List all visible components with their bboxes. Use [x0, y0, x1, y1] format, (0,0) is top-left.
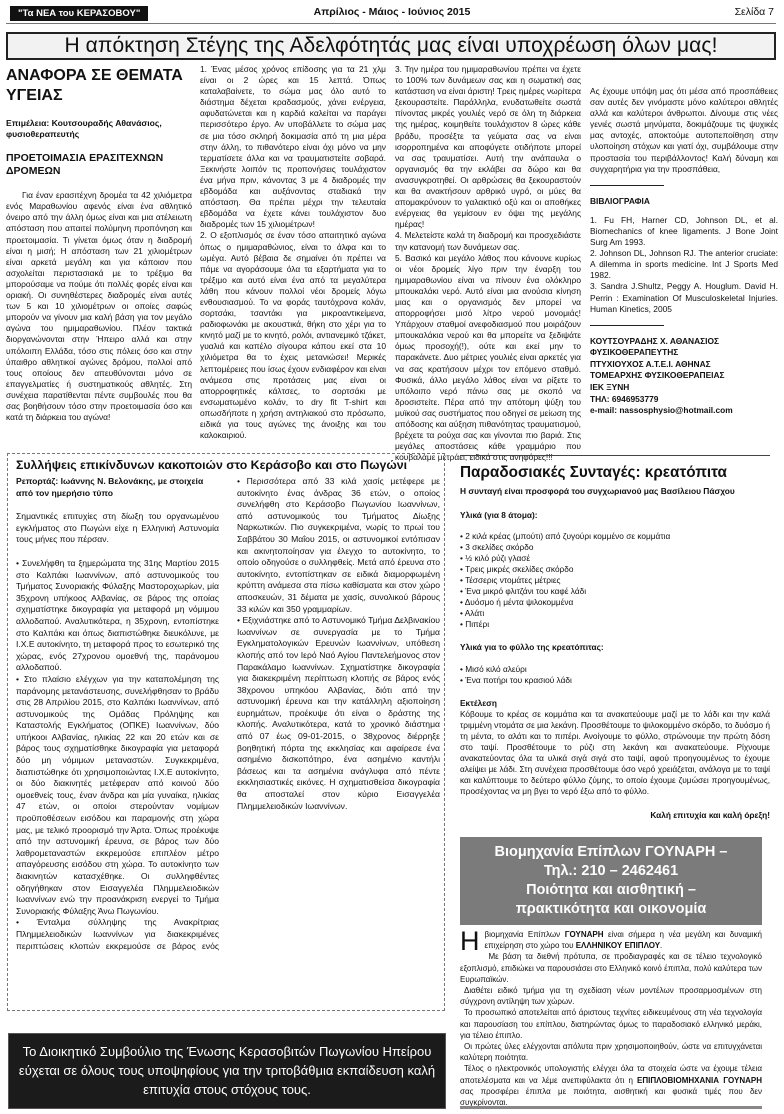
recipe-title: Παραδοσιακές Συνταγές: κρεατόπιτα [460, 464, 770, 482]
header-divider [6, 23, 776, 24]
health-author: Επιμέλεια: Κουτσουραδής Αθανάσιος, φυσιο… [6, 118, 192, 140]
signature-line: ΠΤΥΧΙΟΥΧΟΣ Α.Τ.Ε.Ι. ΑΘΗΝΑΣ [590, 359, 778, 371]
signature-line: ΙΕΚ ΞΥΝΗ [590, 382, 778, 394]
furniture-ad-body: Ηβιομηχανία Επίπλων ΓΟΥΝΑΡΗ είναι σήμερα… [460, 929, 762, 1108]
arrests-byline: Ρεπορτάζ: Ιωάννης Ν. Βελονάκης, με στοιχ… [16, 476, 219, 499]
bibliography-item: 3. Sandra J.Shultz, Peggy A. Houglum. Da… [590, 281, 778, 314]
signature-phone: ΤΗΛ: 6946953779 [590, 394, 778, 406]
arrests-title: Συλλήψεις επικίνδυνων κακοποιών στο Κερά… [16, 458, 436, 472]
signature-line: ΤΟΜΕΑΡΧΗΣ ΦΥΣΙΚΟΘΕΡΑΠΕΙΑΣ [590, 370, 778, 382]
ingredients-list: 2 κιλά κρέας (μπούτι) από ζυγούρι κομμέν… [460, 531, 770, 631]
ad-paragraph: Τέλος ο ηλεκτρονικός υπολογιστής ελέγχει… [460, 1063, 762, 1108]
health-closing: Ας έχουμε υπόψη μας ότι μέσα από προσπάθ… [590, 86, 778, 175]
health-tip-1: 1. Ένας μέσος χρόνος επίδοσης για τα 21 … [200, 64, 386, 230]
ingredient-item: Ένα μικρό φλιτζάνι του καφέ λάδι [460, 586, 770, 597]
health-article: ΑΝΑΦΟΡΑ ΣΕ ΘΕΜΑΤΑ ΥΓΕΙΑΣ Επιμέλεια: Κουτ… [6, 64, 778, 436]
signature-line: ΚΟΥΤΣΟΥΡΑΔΗΣ Χ. ΑΘΑΝΑΣΙΟΣ [590, 336, 778, 348]
arrests-item-2: • Στο πλαίσιο ελέγχων για την καταπολέμη… [16, 674, 219, 917]
ad-paragraph: Το προσωπικό αποτελείται από άριστους τε… [460, 1007, 762, 1041]
arrests-item-4: • Περισσότερα από 33 κιλά χασίς μετέφερε… [237, 476, 440, 615]
arrests-item-3: • Ένταλμα σύλληψης της Ανακρίτριας Πλημμ… [16, 917, 219, 953]
dough-title: Υλικά για το φύλλο της κρεατόπιτας: [460, 642, 770, 653]
health-intro: Για έναν ερασιτέχνη δρομέα τα 42 χιλιόμε… [6, 190, 192, 423]
ingredient-item: Τρεις μικρές σκελίδες σκόρδο [460, 564, 770, 575]
furniture-ad-header: Βιομηχανία Επίπλων ΓΟΥΝΑΡΗ – Τηλ.: 210 –… [460, 837, 762, 925]
dough-item: Ένα ποτήρι του κρασιού λάδι [460, 675, 770, 686]
health-column-4: Ας έχουμε υπόψη μας ότι μέσα από προσπάθ… [590, 64, 778, 417]
arrests-column-1: Ρεπορτάζ: Ιωάννης Ν. Βελονάκης, με στοιχ… [16, 476, 219, 953]
recipe-byline: Η συνταγή είναι προσφορά του συγχωριανού… [460, 486, 770, 498]
arrests-intro: Σημαντικές επιτυχίες στη δίωξη του οργαν… [16, 511, 219, 546]
arrests-article: Συλλήψεις επικίνδυνων κακοποιών στο Κερά… [7, 453, 445, 1011]
recipe-farewell: Καλή επιτυχία και καλή όρεξη! [460, 810, 770, 821]
ad-line: Ποιότητα και αισθητική – [460, 881, 762, 900]
headline-banner: Η απόκτηση Στέγης της Αδελφότητάς μας εί… [6, 32, 776, 60]
page-header: "Τα ΝΕΑ του ΚΕΡΑΣΟΒΟΥ" Απρίλιος - Μάιος … [6, 4, 778, 22]
ad-paragraph: Με βάση τα διεθνή πρότυπα, σε προδιαγραφ… [460, 951, 762, 985]
ingredient-item: Αλάτι [460, 608, 770, 619]
health-tip-3: 3. Την ημέρα του ημιμαραθωνίου πρέπει να… [395, 64, 581, 230]
page-number: Σελίδα 7 [735, 6, 774, 18]
bibliography-item: 2. Johnson DL, Johnson RJ. The anterior … [590, 248, 778, 281]
ingredient-item: 2 κιλά κρέας (μπούτι) από ζυγούρι κομμέν… [460, 531, 770, 542]
ad-phone: Τηλ.: 210 – 2462461 [460, 862, 762, 881]
health-column-1: ΑΝΑΦΟΡΑ ΣΕ ΘΕΜΑΤΑ ΥΓΕΙΑΣ Επιμέλεια: Κουτ… [6, 64, 192, 423]
health-tip-5-cont [590, 64, 778, 86]
ad-paragraph: Οι πρώτες ύλες ελέγχονται απόλυτα πριν χ… [460, 1041, 762, 1063]
divider [590, 325, 664, 326]
author-signature: ΚΟΥΤΣΟΥΡΑΔΗΣ Χ. ΑΘΑΝΑΣΙΟΣ ΦΥΣΙΚΟΘΕΡΑΠΕΥΤ… [590, 336, 778, 417]
execution-text: Κόβουμε το κρέας σε κομμάτια και τα ανακ… [460, 709, 770, 798]
signature-line: ΦΥΣΙΚΟΘΕΡΑΠΕΥΤΗΣ [590, 347, 778, 359]
ingredients-title: Υλικά (για 8 άτομα): [460, 510, 770, 521]
execution-title: Εκτέλεση [460, 698, 770, 709]
dough-list: Μισό κιλό αλεύρι Ένα ποτήρι του κρασιού … [460, 664, 770, 686]
board-notice: Το Διοικητικό Συμβούλιο της Ένωσης Κερασ… [8, 1033, 446, 1109]
signature-email[interactable]: e-mail: nassosphysio@hotmail.com [590, 405, 778, 417]
ingredient-item: ½ κιλό ρύζι γλασέ [460, 553, 770, 564]
bibliography-item: 1. Fu FH, Harner CD, Johnson DL, et al. … [590, 215, 778, 248]
ingredient-item: Δυόσμο ή μέντα ψιλοκομμένα [460, 597, 770, 608]
health-subtitle: ΠΡΟΕΤΟΙΜΑΣΙΑ ΕΡΑΣΙΤΕΧΝΩΝ ΔΡΟΜΕΩΝ [6, 152, 192, 178]
health-tip-5: 5. Βασικό και μεγάλο λάθος που κάνουνε κ… [395, 253, 581, 464]
arrests-column-2: • Περισσότερα από 33 κιλά χασίς μετέφερε… [237, 476, 440, 812]
ingredient-item: 3 σκελίδες σκόρδο [460, 542, 770, 553]
issue-date: Απρίλιος - Μάιος - Ιούνιος 2015 [6, 6, 778, 18]
health-tip-2: 2. Ο εξοπλισμός σε έναν τόσο απαιτητικό … [200, 230, 386, 441]
recipe-article: Παραδοσιακές Συνταγές: κρεατόπιτα Η συντ… [460, 455, 770, 821]
drop-cap: Η [460, 930, 480, 952]
ad-line: Βιομηχανία Επίπλων ΓΟΥΝΑΡΗ – [460, 843, 762, 862]
bibliography-title: ΒΙΒΛΙΟΓΡΑΦΙΑ [590, 196, 778, 207]
ingredient-item: Τέσσερις ντομάτες μέτριες [460, 575, 770, 586]
ad-line: πρακτικότητα και οικονομία [460, 900, 762, 919]
health-title: ΑΝΑΦΟΡΑ ΣΕ ΘΕΜΑΤΑ ΥΓΕΙΑΣ [6, 66, 192, 106]
ad-paragraph: Διαθέτει ειδικό τμήμα για τη σχεδίαση νέ… [460, 985, 762, 1007]
dough-item: Μισό κιλό αλεύρι [460, 664, 770, 675]
divider [590, 185, 664, 186]
arrests-item-1: • Συνελήφθη τα ξημερώματα της 31ης Μαρτί… [16, 558, 219, 674]
health-tip-4: 4. Μελετείστε καλά τη διαδρομή και προσχ… [395, 230, 581, 252]
ingredient-item: Πιπέρι [460, 619, 770, 630]
ad-paragraph: Ηβιομηχανία Επίπλων ΓΟΥΝΑΡΗ είναι σήμερα… [460, 929, 762, 951]
divider [460, 455, 770, 456]
divider [460, 1106, 762, 1109]
health-column-3: 3. Την ημέρα του ημιμαραθωνίου πρέπει να… [395, 64, 581, 463]
health-column-2: 1. Ένας μέσος χρόνος επίδοσης για τα 21 … [200, 64, 386, 441]
arrests-item-5: • Εξιχνιάστηκε από το Αστυνομικό Τμήμα Δ… [237, 615, 440, 812]
